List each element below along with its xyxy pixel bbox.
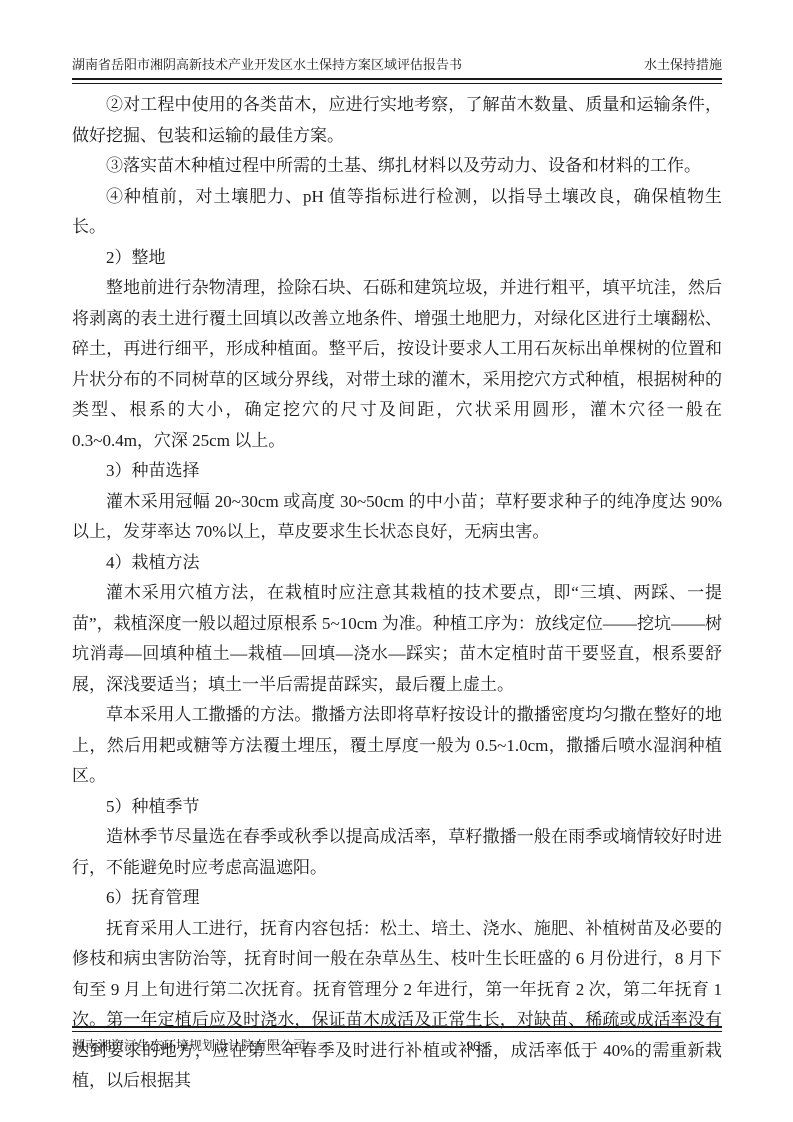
document-body: ②对工程中使用的各类苗木，应进行实地考察，了解苗木数量、质量和运输条件，做好挖掘… [72, 90, 722, 1097]
paragraph: ③落实苗木种植过程中所需的土基、绑扎材料以及劳动力、设备和材料的工作。 [72, 151, 722, 182]
page-number: 96 [443, 1037, 503, 1055]
footer-company: 湖南湘资沅生态环境规划设计院有限公司 [72, 1037, 306, 1055]
section-heading: 3）种苗选择 [72, 456, 722, 487]
header-right-title: 水土保持措施 [644, 56, 722, 74]
paragraph: 整地前进行杂物清理，捡除石块、石砾和建筑垃圾，并进行粗平，填平坑洼，然后将剥离的… [72, 273, 722, 456]
paragraph: ④种植前，对土壤肥力、pH 值等指标进行检测，以指导土壤改良，确保植物生长。 [72, 182, 722, 243]
section-heading: 6）抚育管理 [72, 883, 722, 914]
header-left-title: 湖南省岳阳市湘阴高新技术产业开发区水土保持方案区域评估报告书 [72, 56, 462, 74]
paragraph: 造林季节尽量选在春季或秋季以提高成活率，草籽撒播一般在雨季或墒情较好时进行，不能… [72, 822, 722, 883]
section-heading: 2）整地 [72, 243, 722, 274]
paragraph: 灌木采用穴植方法，在栽植时应注意其栽植的技术要点，即“三填、两踩、一提苗”，栽植… [72, 578, 722, 700]
footer-rule [72, 1026, 722, 1032]
document-page: 湖南省岳阳市湘阴高新技术产业开发区水土保持方案区域评估报告书 水土保持措施 ②对… [0, 0, 793, 1122]
section-heading: 5）种植季节 [72, 792, 722, 823]
paragraph: 抚育采用人工进行，抚育内容包括：松土、培土、浇水、施肥、补植树苗及必要的修枝和病… [72, 914, 722, 1097]
paragraph: 灌木采用冠幅 20~30cm 或高度 30~50cm 的中小苗；草籽要求种子的纯… [72, 487, 722, 548]
section-heading: 4）栽植方法 [72, 548, 722, 579]
page-footer: 湖南湘资沅生态环境规划设计院有限公司 96 [72, 1026, 722, 1037]
paragraph: ②对工程中使用的各类苗木，应进行实地考察，了解苗木数量、质量和运输条件，做好挖掘… [72, 90, 722, 151]
header-rule [72, 78, 722, 84]
paragraph: 草本采用人工撒播的方法。撒播方法即将草籽按设计的撒播密度均匀撒在整好的地上，然后… [72, 700, 722, 792]
page-header: 湖南省岳阳市湘阴高新技术产业开发区水土保持方案区域评估报告书 水土保持措施 [72, 56, 722, 84]
